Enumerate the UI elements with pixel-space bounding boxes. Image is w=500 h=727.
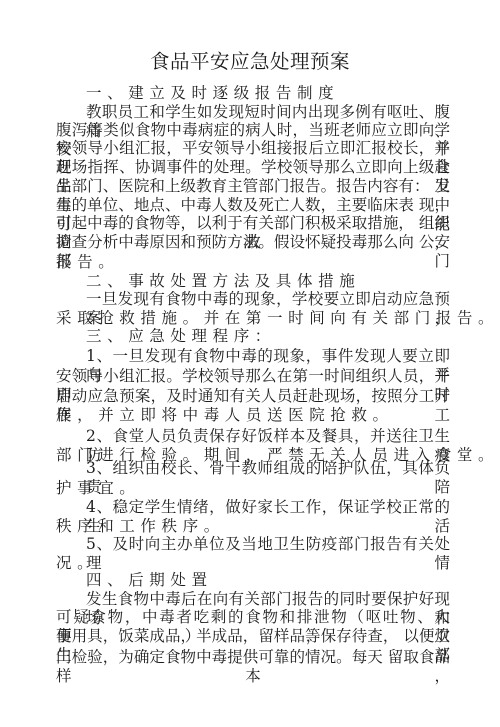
section-heading: 四、后期处置 <box>86 571 450 590</box>
paragraph-line: 可疑食物，中毒者吃剩的食物和排泄物（呕吐物、大 便），炊 <box>56 608 450 627</box>
paragraph-last-line: 秩序和工作秩序。 <box>56 517 450 536</box>
paragraph-line: 腹泻等类似食物中毒病症的病人时，当班老师应立即向学校 平 <box>56 121 450 140</box>
paragraph-line: 调查分析中毒原因和预防方法。假设怀疑投毒那么向 公安部门 <box>56 233 450 252</box>
paragraph-line: 毒的单位、地点、中毒人数及死亡人数，主要临床表 现，可能 <box>56 196 450 215</box>
paragraph-last-line: 护事宜。 <box>56 479 450 498</box>
paragraph-last-line: 报告。 <box>56 253 450 272</box>
paragraph-first-line: 发生食物中毒后在向有关部门报告的同时要保护好现 场和 <box>86 590 450 609</box>
document-page: 食品平安应急处理预案 一、建立及时逐级报告制度教职员工和学生如发现短时间内出现多… <box>0 0 500 727</box>
paragraph-last-line: 作，并立即将中毒人员送医院抢救。 <box>56 406 450 425</box>
paragraph-line: 门检验，为确定食物中毒提供可靠的情况。每天 留取食品样本， <box>56 648 450 667</box>
paragraph-first-line: 教职员工和学生如发现短时间内出现多例有呕吐、腹痛、 <box>86 103 450 122</box>
paragraph-first-line: 2、食堂人员负责保存好饭样本及餐具，并送往卫生防 疫 <box>86 427 450 446</box>
paragraph-first-line: 1、一旦发现有食物中毒的现象，事件发现人要立即向 平 <box>86 347 450 366</box>
paragraph-line: 事用具，饭菜成品，半成品，留样品等保存待查， 以便卫生部 <box>56 627 450 646</box>
paragraph-last-line: 采取抢救措施。并在第一时间向有关部门报告。 <box>56 309 450 328</box>
paragraph-line: 生部门、医院和上级教育主管部门报告。报告内容有： 发生中 <box>56 177 450 196</box>
paragraph-first-line: 3、组织由校长、骨干教师组成的陪护队伍，具体负责 陪 <box>86 459 450 478</box>
paragraph-line: 安领导小组汇报。学校领导那么在第一时间组织人员，并即 时 <box>56 367 450 386</box>
section-heading: 二、事故处置方法及具体措施 <box>86 272 450 291</box>
paragraph-first-line: 5、及时向主办单位及当地卫生防疫部门报告有关处理 情 <box>86 535 450 554</box>
paragraph-line: 启动应急预案，及时通知有关人员赶赴现场，按照分工开 展工 <box>56 387 450 406</box>
paragraph-first-line: 4、稳定学生情绪，做好家长工作，保证学校正常的生 活 <box>86 498 450 517</box>
section-heading: 一、建立及时逐级报告制度 <box>86 84 450 103</box>
document-title: 食品平安应急处理预案 <box>0 50 500 74</box>
paragraph-line: 安领导小组汇报，平安领导小组接报后立即汇报校长，并 赶赴 <box>56 139 450 158</box>
section-heading: 三、应急处理程序： <box>86 327 450 346</box>
paragraph-line: 现场指挥、协调事件的处理。学校领导那么立即向上级食 品卫 <box>56 158 450 177</box>
paragraph-first-line: 一旦发现有食物中毒的现象，学校要立即启动应急预案， <box>86 290 450 309</box>
paragraph-line: 引起中毒的食物等，以利于有关部门积极采取措施， 组织抢救， <box>56 214 450 233</box>
